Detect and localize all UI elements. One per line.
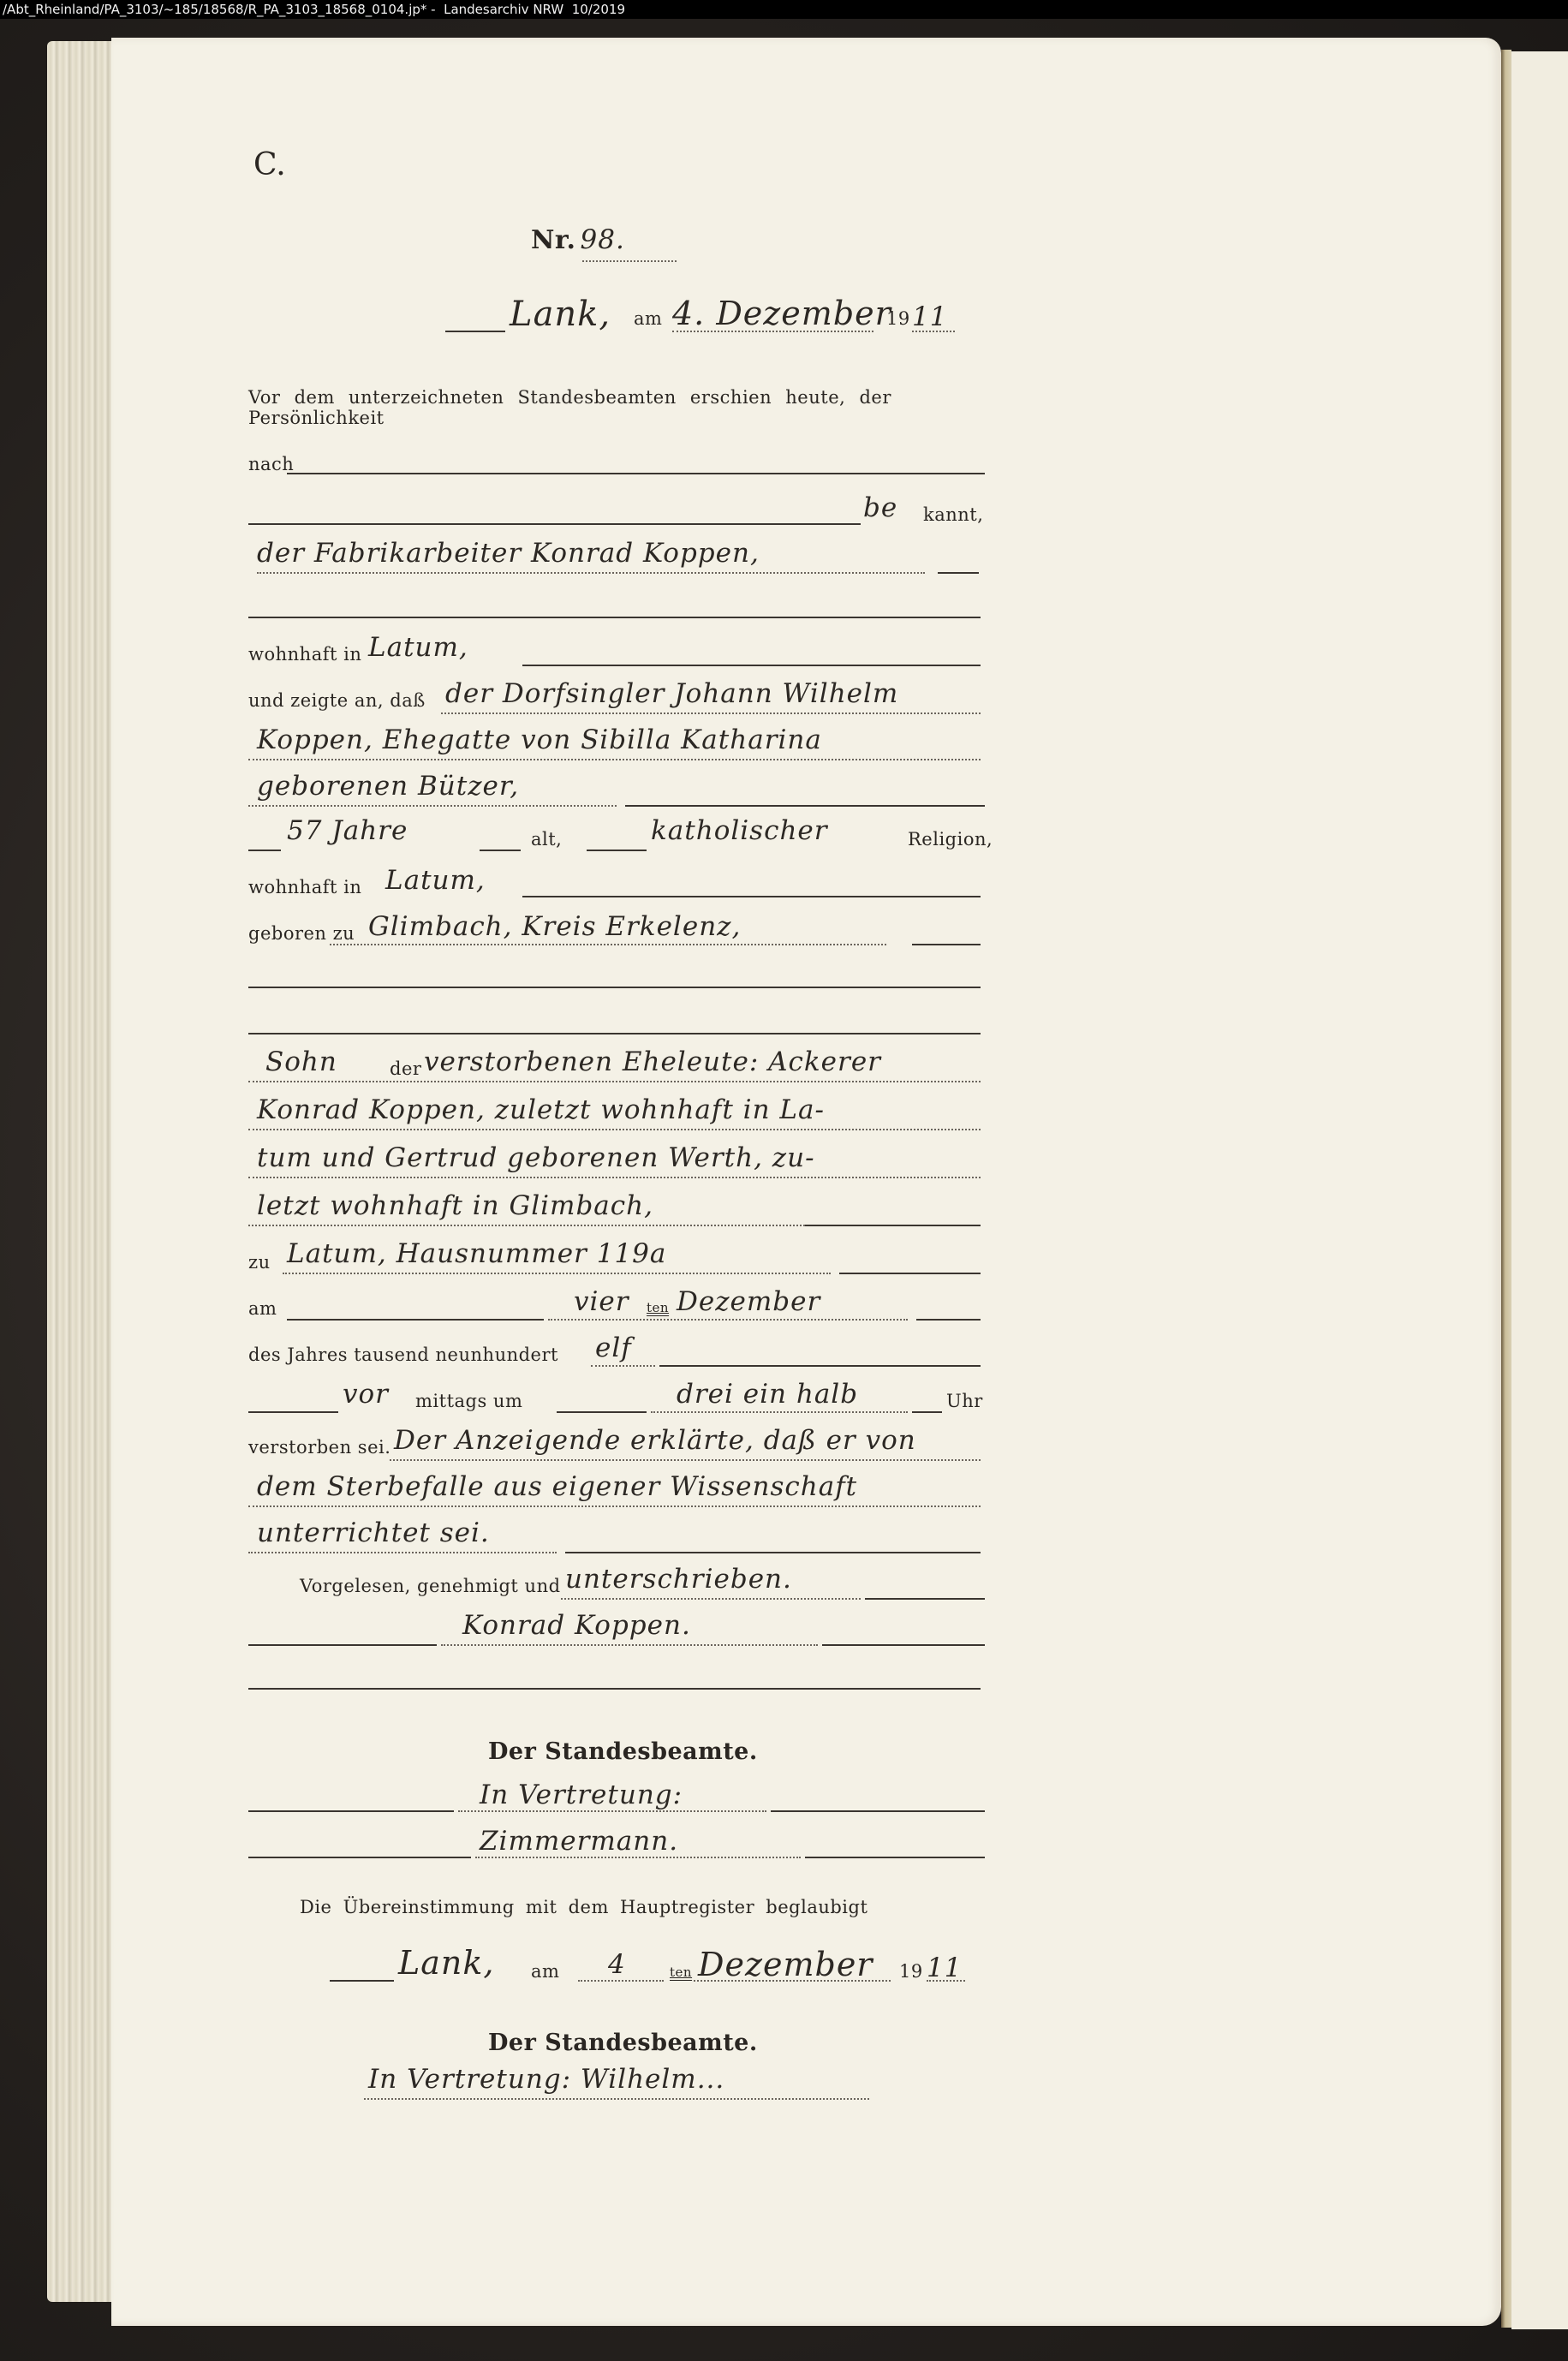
cert-ten-label: ten [670,1965,692,1980]
cert-day: 4 [608,1949,626,1980]
row-informant-residence: wohnhaft in Latum, [248,632,985,671]
row-death-year: des Jahres tausend neunhundert elf [248,1333,985,1372]
ten-label: ten [647,1300,669,1315]
book-gutter [1501,50,1511,2328]
verstorben-label: verstorben sei. [248,1437,391,1458]
row-parents-4: letzt wohnhaft in Glimbach, [248,1190,985,1230]
der-label: der [390,1058,421,1079]
number-label: Nr. [531,225,575,255]
informant-residence: Latum, [368,632,468,663]
vorgelesen-hand: unterschrieben. [565,1564,792,1595]
alt-label: alt, [531,829,562,850]
registrar-title: Der Standesbeamte. [488,1738,758,1765]
time-ampm: vor [343,1379,389,1410]
row-zeigte: und zeigte an, daß der Dorfsingler Johan… [248,678,985,718]
bekannt-hand: be [863,492,897,523]
row-statement-1: verstorben sei. Der Anzeigende erklärte,… [248,1425,985,1464]
section-letter: C. [253,147,286,182]
death-year-word: elf [595,1333,632,1363]
zeigte-label: und zeigte an, daß [248,690,426,711]
deceased-wohnhaft-label: wohnhaft in [248,877,361,897]
cert-registrar-title: Der Standesbeamte. [488,2030,758,2056]
row-blank-2 [248,957,985,997]
death-place: Latum, Hausnummer 119a [287,1238,666,1269]
row-age-religion: 57 Jahre alt, katholischer Religion, [248,815,985,855]
registrar-line-1: In Vertretung: [480,1780,683,1810]
intro-text: Vor dem unterzeichneten Standesbeamten e… [248,387,993,428]
religion-value: katholischer [651,815,828,846]
am-label: am [634,308,662,329]
row-informant: der Fabrikarbeiter Konrad Koppen, [248,538,985,577]
registrar-signature: Zimmermann. [480,1826,678,1857]
cert-year-prefix: 19 [899,1961,923,1982]
birthplace: Glimbach, Kreis Erkelenz, [368,911,741,942]
row-statement-3: unterrichtet sei. [248,1517,985,1557]
zu-label: zu [248,1252,271,1273]
death-month: Dezember [677,1286,820,1317]
row-cert-signature: In Vertretung: Wilhelm... [248,2064,985,2103]
row-registrar-1: In Vertretung: [248,1780,985,1819]
row-parents-3: tum und Gertrud geborenen Werth, zu- [248,1142,985,1182]
row-death-place: zu Latum, Hausnummer 119a [248,1238,985,1278]
row-deceased-residence: wohnhaft in Latum, [248,865,985,904]
number-dots [582,260,677,262]
certification-text: Die Übereinstimmung mit dem Hauptregiste… [300,1897,867,1917]
row-death-time: vor mittags um drei ein halb Uhr [248,1379,985,1418]
year-label: des Jahres tausend neunhundert [248,1344,558,1365]
archive-path-bar: /Abt_Rheinland/PA_3103/~185/18568/R_PA_3… [0,0,1568,19]
deceased-line-3: geborenen Bützer, [257,771,519,802]
row-parents-2: Konrad Koppen, zuletzt wohnhaft in La- [248,1094,985,1134]
row-deceased-3: geborenen Bützer, [248,771,985,810]
year-prefix: 19 [886,308,910,329]
age-value: 57 Jahre [287,815,408,846]
row-registrar-2: Zimmermann. [248,1826,985,1865]
parents-line-3: tum und Gertrud geborenen Werth, zu- [257,1142,815,1173]
row-vorgelesen: Vorgelesen, genehmigt und unterschrieben… [248,1564,985,1603]
row-parents-1: Sohn der verstorbenen Eheleute: Ackerer [248,1046,985,1086]
bekannt-print: kannt, [923,504,983,525]
death-am-label: am [248,1298,277,1319]
religion-label: Religion, [908,829,993,850]
vorgelesen-label: Vorgelesen, genehmigt und [300,1576,561,1596]
cert-am-label: am [531,1961,559,1982]
row-death-date: am vier ten Dezember [248,1286,985,1326]
row-statement-2: dem Sterbefalle aus eigener Wissenschaft [248,1471,985,1511]
informant-name: der Fabrikarbeiter Konrad Koppen, [257,538,760,569]
cert-month: Dezember [698,1946,873,1983]
death-day: vier [574,1286,629,1317]
row-birthplace: geboren zu Glimbach, Kreis Erkelenz, [248,911,985,951]
uhr-label: Uhr [946,1391,983,1411]
statement-line-2: dem Sterbefalle aus eigener Wissenschaft [257,1471,857,1502]
row-nach: nach [248,445,985,485]
row-blank-3 [248,1004,985,1043]
cert-year-suffix: 11 [927,1953,962,1983]
record-date: 4. Dezember [672,295,891,332]
record-place: Lank, [510,295,611,334]
row-bekannt: be kannt, [248,492,985,532]
nach-label: nach [248,454,294,474]
statement-line-1: Der Anzeigende erklärte, daß er von [394,1425,916,1456]
row-blank-4 [248,1657,985,1696]
parents-relation: Sohn [265,1046,337,1077]
parents-line-4: letzt wohnhaft in Glimbach, [257,1190,653,1221]
parents-line-2: Konrad Koppen, zuletzt wohnhaft in La- [257,1094,825,1125]
row-informant-signature: Konrad Koppen. [248,1610,985,1649]
row-deceased-2: Koppen, Ehegatte von Sibilla Katharina [248,724,985,764]
informant-signature: Konrad Koppen. [462,1610,691,1641]
deceased-line-1: der Dorfsingler Johann Wilhelm [445,678,898,709]
deceased-residence: Latum, [385,865,486,896]
record-header-date: Lank, am 4. Dezember 19 11 [248,291,993,343]
row-blank-1 [248,586,985,625]
page-stack-edges [47,41,120,2302]
record-number: Nr. 98. [531,224,702,267]
deceased-line-2: Koppen, Ehegatte von Sibilla Katharina [257,724,822,755]
statement-line-3: unterrichtet sei. [257,1517,490,1548]
wohnhaft-label: wohnhaft in [248,644,361,665]
facing-page [1511,51,1568,2329]
parents-line-1: verstorbenen Eheleute: Ackerer [424,1046,881,1077]
year-suffix: 11 [912,301,947,332]
number-value: 98. [581,224,625,255]
cert-place: Lank, [398,1944,494,1982]
born-label: geboren zu [248,923,355,944]
cert-signature: In Vertretung: Wilhelm... [368,2064,724,2095]
time-value: drei ein halb [677,1379,858,1410]
certification-date: Lank, am 4 ten Dezember 19 11 [248,1944,993,1995]
mittags-label: mittags um [415,1391,522,1411]
